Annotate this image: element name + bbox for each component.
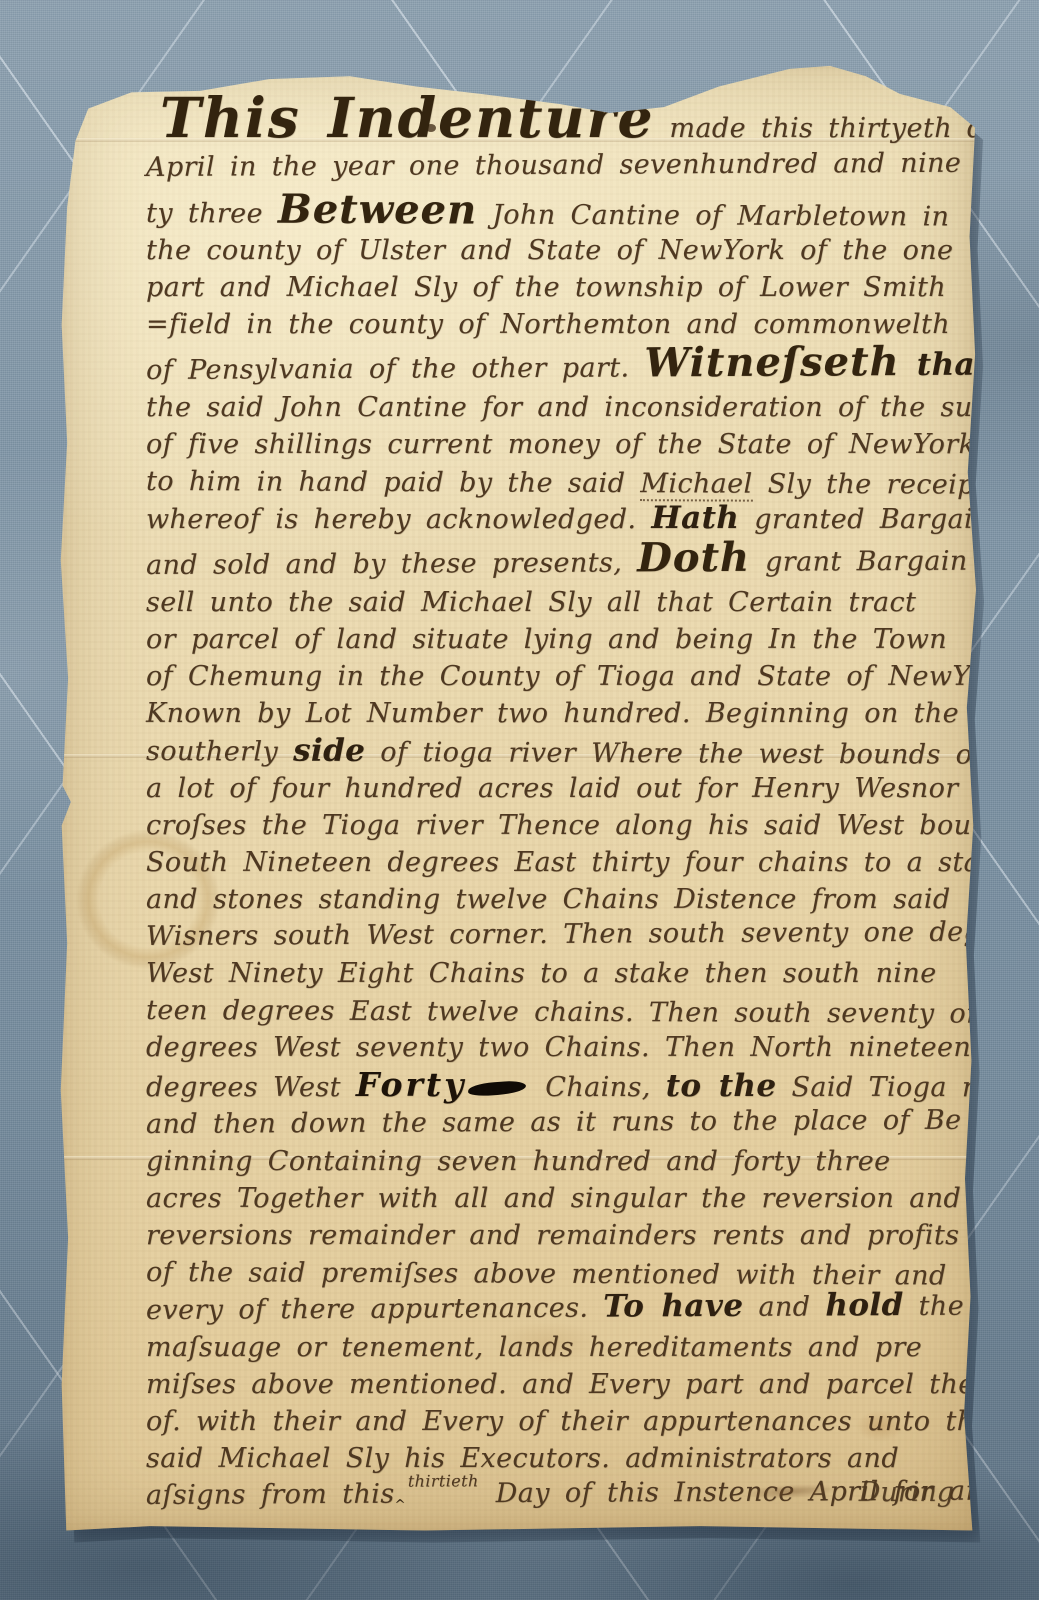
text-line: degrees West seventy two Chains. Then No…: [146, 1029, 986, 1066]
text-segment: croſses the Tioga river Thence along his…: [146, 810, 1021, 841]
text-line: ginning Containing seven hundred and for…: [146, 1143, 986, 1180]
text-segment: Forty: [356, 1065, 466, 1104]
text-line: every of there appurtenances. To have an…: [146, 1287, 986, 1329]
text-line: South Nineteen degrees East thirty four …: [146, 844, 986, 881]
text-line: to him in hand paid by the said Michael …: [146, 463, 986, 504]
text-segment: maſsuage or tenement, lands hereditament…: [146, 1332, 922, 1363]
text-line: Known by Lot Number two hundred. Beginni…: [146, 695, 986, 732]
text-segment: to the: [666, 1068, 777, 1104]
text-line: ty three Between John Cantine of Marblet…: [146, 186, 986, 236]
text-segment: and: [743, 1292, 825, 1323]
text-segment: April in the year one thousand sevenhund…: [146, 148, 961, 183]
text-segment: to him in hand paid by the said: [146, 466, 640, 499]
text-segment: part and Michael Sly of the township of …: [146, 272, 946, 303]
text-segment: teen degrees East twelve chains. Then so…: [146, 995, 1000, 1030]
text-segment: reversions remainder and remainders rent…: [146, 1220, 959, 1251]
text-line: April in the year one thousand sevenhund…: [146, 145, 986, 186]
text-segment: the county of Ulster and State of NewYor…: [146, 235, 953, 266]
text-segment: grant Bargain &: [750, 546, 1007, 578]
text-line: and sold and by these presents, Doth gra…: [146, 534, 986, 584]
text-segment: Wisners south West corner. Then south se…: [146, 917, 1039, 953]
text-line: croſses the Tioga river Thence along his…: [146, 807, 986, 844]
text-segment: ^: [395, 1498, 406, 1513]
text-line: of Chemung in the County of Tioga and St…: [146, 658, 986, 695]
text-segment: ty three: [146, 198, 278, 230]
text-line: a lot of four hundred acres laid out for…: [146, 770, 986, 807]
text-segment: To have: [603, 1288, 743, 1325]
text-segment: =field in the county of Northemton and c…: [146, 309, 950, 340]
text-segment: Sly the receipt: [753, 469, 987, 501]
text-segment: John Cantine of Marbletown in: [477, 200, 949, 233]
text-segment: sell unto the said Michael Sly all that …: [146, 587, 916, 618]
text-segment: every of there appurtenances.: [146, 1293, 603, 1326]
text-segment: South Nineteen degrees East thirty four …: [146, 847, 1013, 878]
text-line: and stones standing twelve Chains Disten…: [146, 881, 986, 918]
text-segment: Chains,: [530, 1072, 665, 1103]
text-line: miſses above mentioned. and Every part a…: [146, 1366, 986, 1403]
text-segment: of. with their and Every of their appurt…: [146, 1406, 991, 1437]
text-segment: the said John Cantine for and inconsider…: [146, 392, 999, 423]
text-line: part and Michael Sly of the township of …: [146, 269, 986, 306]
text-line: of five shillings current money of the S…: [146, 426, 986, 463]
text-line: said Michael Sly his Executors. administ…: [146, 1440, 986, 1477]
text-line: reversions remainder and remainders rent…: [146, 1217, 986, 1254]
text-line: or parcel of land situate lying and bein…: [146, 621, 986, 658]
text-line: Wisners south West corner. Then south se…: [146, 914, 986, 955]
text-line: degrees West Forty Chains, to the Said T…: [146, 1066, 986, 1106]
text-line: the said John Cantine for and inconsider…: [146, 389, 986, 426]
text-segment: thirtieth: [408, 1472, 479, 1491]
ink-blot: [468, 1080, 527, 1097]
text-segment: degrees West seventy two Chains. Then No…: [146, 1032, 971, 1063]
text-segment: Known by Lot Number two hundred. Beginni…: [146, 698, 959, 729]
text-segment: of Pensylvania of the other part.: [146, 353, 645, 387]
text-segment: ginning Containing seven hundred and for…: [146, 1146, 891, 1177]
text-segment: acres Together with all and singular the…: [146, 1183, 961, 1214]
text-segment: or parcel of land situate lying and bein…: [146, 624, 947, 655]
text-line: whereof is hereby acknowledged. Hath gra…: [146, 500, 986, 538]
text-segment: Witneſseth: [644, 338, 899, 386]
text-segment: a lot of four hundred acres laid out for…: [146, 773, 959, 804]
text-segment: of Chemung in the County of Tioga and St…: [146, 661, 1015, 692]
text-segment: aſsigns from this: [146, 1479, 395, 1511]
text-segment: West Ninety Eight Chains to a stake then…: [146, 958, 937, 989]
photo-scene: This Indenture made this thirtyeth day o…: [0, 0, 1039, 1600]
text-line: southerly side of tioga river Where the …: [146, 732, 986, 774]
paper-document: This Indenture made this thirtyeth day o…: [58, 60, 976, 1532]
text-line: the county of Ulster and State of NewYor…: [146, 232, 986, 269]
catchword: During: [859, 1477, 954, 1508]
text-segment: side: [293, 733, 365, 769]
text-segment: whereof is hereby acknowledged.: [146, 504, 651, 535]
text-segment: of tioga river Where the west bounds of: [365, 737, 983, 771]
text-segment: and stones standing twelve Chains Disten…: [146, 884, 951, 915]
text-segment: hold: [825, 1287, 903, 1323]
text-line: maſsuage or tenement, lands hereditament…: [146, 1329, 986, 1366]
text-segment: Doth: [637, 534, 750, 582]
text-line: of. with their and Every of their appurt…: [146, 1403, 986, 1440]
text-line: and then down the same as it runs to the…: [146, 1102, 986, 1143]
text-line: acres Together with all and singular the…: [146, 1180, 986, 1217]
text-segment: southerly: [146, 736, 293, 768]
text-segment: Michael: [640, 468, 752, 501]
document-text: This Indenture made this thirtyeth day o…: [146, 86, 986, 1519]
text-segment: said Michael Sly his Executors. administ…: [146, 1443, 899, 1474]
text-line: teen degrees East twelve chains. Then so…: [146, 992, 986, 1033]
text-line: West Ninety Eight Chains to a stake then…: [146, 955, 986, 992]
text-segment: and then down the same as it runs to the…: [146, 1105, 962, 1140]
text-segment: degrees West: [146, 1072, 356, 1103]
text-line: of Pensylvania of the other part. Witneſ…: [146, 339, 986, 389]
text-segment: Hath: [651, 500, 739, 536]
text-line: sell unto the said Michael Sly all that …: [146, 584, 986, 621]
text-segment: of five shillings current money of the S…: [146, 429, 975, 460]
text-segment: Between: [278, 186, 477, 234]
text-segment: and sold and by these presents,: [146, 548, 637, 582]
text-segment: miſses above mentioned. and Every part a…: [146, 1369, 1004, 1400]
